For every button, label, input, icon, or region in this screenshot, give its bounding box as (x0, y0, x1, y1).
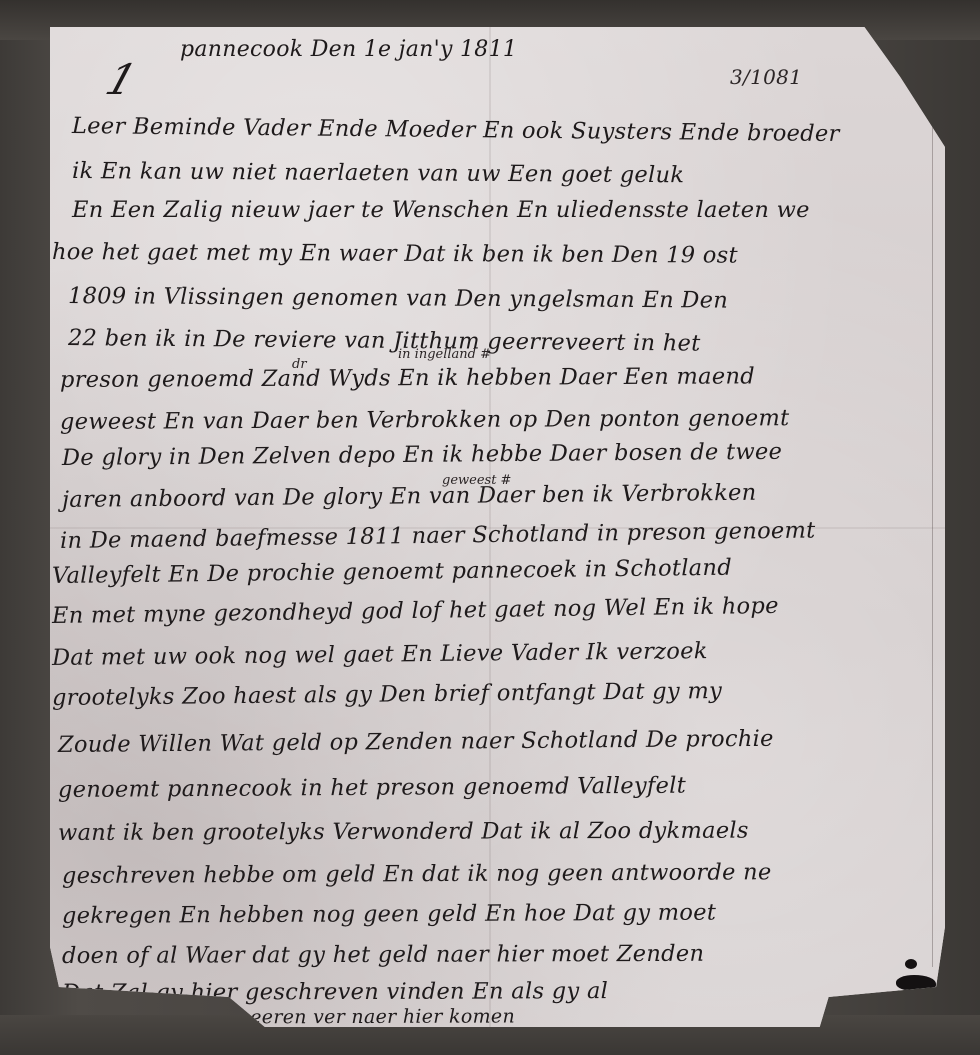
letter-line: in De maend baefmesse 1811 naer Schotlan… (60, 519, 816, 552)
letter-line: 1809 in Vlissingen genomen van Den yngel… (68, 285, 728, 312)
letter-line: grootelyks Zoo haest als gy Den brief on… (52, 680, 722, 710)
ink-blot (896, 975, 936, 991)
letter-line: 22 ben ik in De reviere van Jitthum geer… (68, 327, 701, 355)
letter-line: Valleyfelt En De prochie genoemt panneco… (52, 557, 732, 588)
letter-line: En Een Zalig nieuw jaer te Wenschen En u… (72, 199, 810, 222)
letter-line: doen of al Waer dat gy het geld naer hie… (62, 943, 704, 968)
letter-page: 1 pannecook Den 1e jan'y 1811 3/1081 Lee… (50, 27, 945, 1027)
letter-line: Leer Beminde Vader Ende Moeder En ook Su… (72, 115, 840, 146)
letter-line: Dat Zal gy hier geschreven vinden En als… (62, 980, 608, 1004)
letter-line: En met myne gezondheyd god lof het gaet … (52, 595, 779, 628)
letter-line: Zoude Willen Wat geld op Zenden naer Sch… (58, 728, 774, 757)
letter-line: want ik ben grootelyks Verwonderd Dat ik… (58, 820, 749, 845)
letter-line: genoemt pannecook in het preson genoemd … (58, 775, 686, 802)
letter-line: geschreven hebbe om geld En dat ik nog g… (62, 861, 772, 887)
ink-blot (905, 959, 917, 969)
letter-line: hoe het gaet met my En waer Dat ik ben i… (52, 241, 738, 267)
letter-line: De glory in Den Zelven depo En ik hebbe … (62, 441, 782, 470)
letter-line: geweest En van Daer ben Verbrokken op De… (60, 407, 790, 433)
letter-line: gekregen En hebben nog geen geld En hoe … (62, 902, 716, 928)
letter-line: jaren anboord van De glory En van Daer b… (62, 482, 757, 512)
letter-line: preson genoemd Zand Wyds En ik hebben Da… (60, 365, 755, 391)
letter-line: Dat met uw ook nog wel gaet En Lieve Vad… (52, 640, 708, 669)
letter-body: Leer Beminde Vader Ende Moeder En ook Su… (50, 27, 945, 1027)
letter-line: ik En kan uw niet naerlaeten van uw Een … (72, 160, 684, 187)
interlinear-insertion: in ingelland # (398, 347, 491, 362)
